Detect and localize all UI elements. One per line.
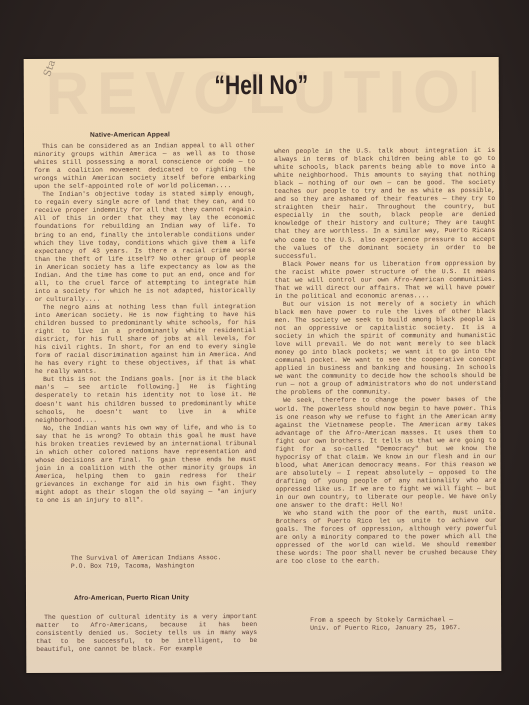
paragraph: But our vision is not merely of a societ… (275, 300, 496, 398)
paragraph: No, the Indian wants his own way of life… (35, 424, 256, 505)
page-title: “Hell No” (76, 69, 447, 102)
paragraph: when people in the U.S. talk about integ… (274, 147, 495, 261)
paragraph: The negro aims at nothing less than full… (35, 303, 256, 376)
section-heading-afro-american: Afro-American, Puerto Rican Unity (74, 594, 189, 602)
right-column: when people in the U.S. talk about integ… (274, 147, 497, 566)
paragraph: We seek, therefore to change the power b… (275, 396, 496, 510)
signature-line: The Survival of American Indians Assoc. (71, 554, 222, 563)
signature-line: P.O. Box 719, Tacoma, Washington (71, 562, 222, 571)
section-heading-native-american: Native-American Appeal (90, 131, 170, 138)
paragraph: This can be considered as an Indian appe… (34, 142, 255, 191)
paragraph: The question of cultural identity is a v… (36, 613, 257, 654)
speech-attribution: From a speech by Stokely Carmichael — Un… (310, 616, 461, 633)
paragraph: The Indian's objective today is stated s… (34, 190, 255, 304)
afro-left-body: The question of cultural identity is a v… (36, 613, 257, 654)
paragraph: But this is not the Indians goals. [nor … (35, 375, 256, 424)
paragraph: We who stand with the poor of the earth,… (276, 509, 497, 566)
native-signature: The Survival of American Indians Assoc. … (71, 554, 222, 571)
left-column: This can be considered as an Indian appe… (34, 142, 257, 505)
document-page: REVOLUTION Sta “Hell No” Native-American… (24, 57, 502, 673)
paragraph: Black Power means for us liberation from… (275, 260, 496, 301)
attribution-line: Univ. of Puerto Rico, January 25, 1967. (310, 624, 461, 633)
